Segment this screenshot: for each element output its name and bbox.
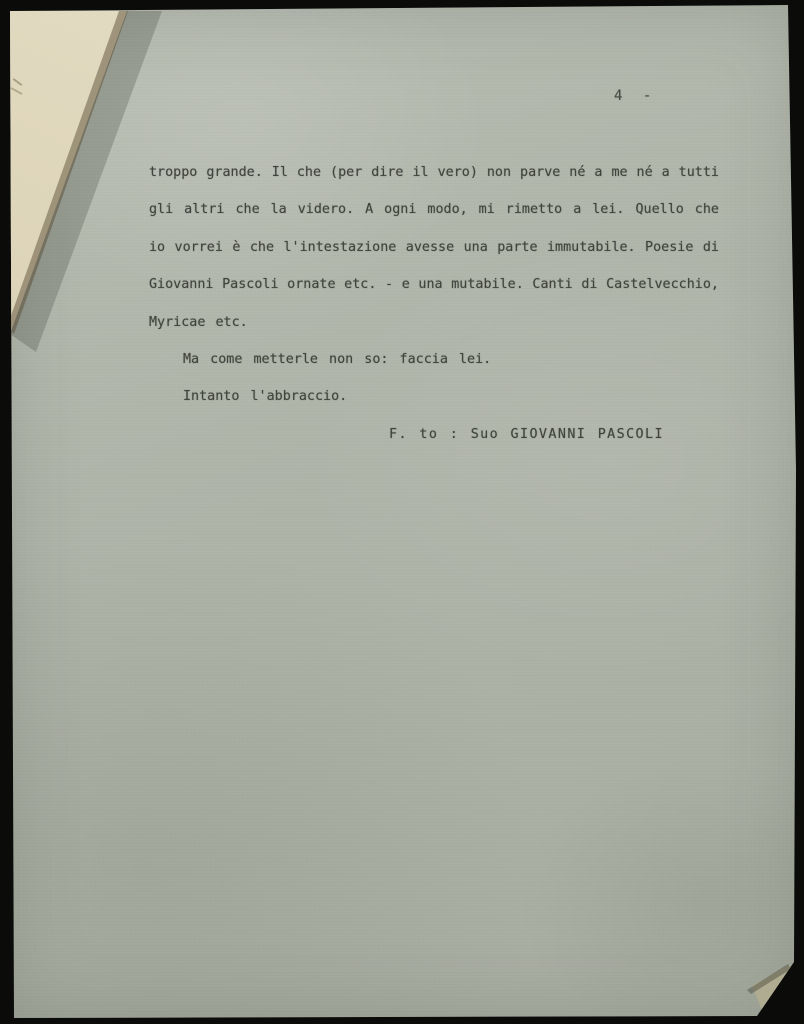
letter-body: troppo grande. Il che (per dire il vero)… <box>149 154 719 453</box>
letter-line: Giovanni Pascoli ornate etc. - e una mut… <box>149 266 719 303</box>
letter-line: Myricae etc. <box>149 304 719 341</box>
letter-line: io vorrei è che l'intestazione avesse un… <box>149 229 719 266</box>
letter-closing-line: Ma come metterle non so: faccia lei. <box>149 341 719 378</box>
pen-mark <box>8 78 26 102</box>
letter-page: 4 - troppo grande. Il che (per dire il v… <box>0 0 804 1024</box>
letter-closing-line: Intanto l'abbraccio. <box>149 378 719 415</box>
signature-line: F. to : Suo GIOVANNI PASCOLI <box>149 416 719 453</box>
scanned-document: 4 - troppo grande. Il che (per dire il v… <box>0 0 804 1024</box>
page-number: 4 - <box>614 88 652 104</box>
letter-line: gli altri che la videro. A ogni modo, mi… <box>149 191 719 228</box>
letter-line: troppo grande. Il che (per dire il vero)… <box>149 154 719 191</box>
